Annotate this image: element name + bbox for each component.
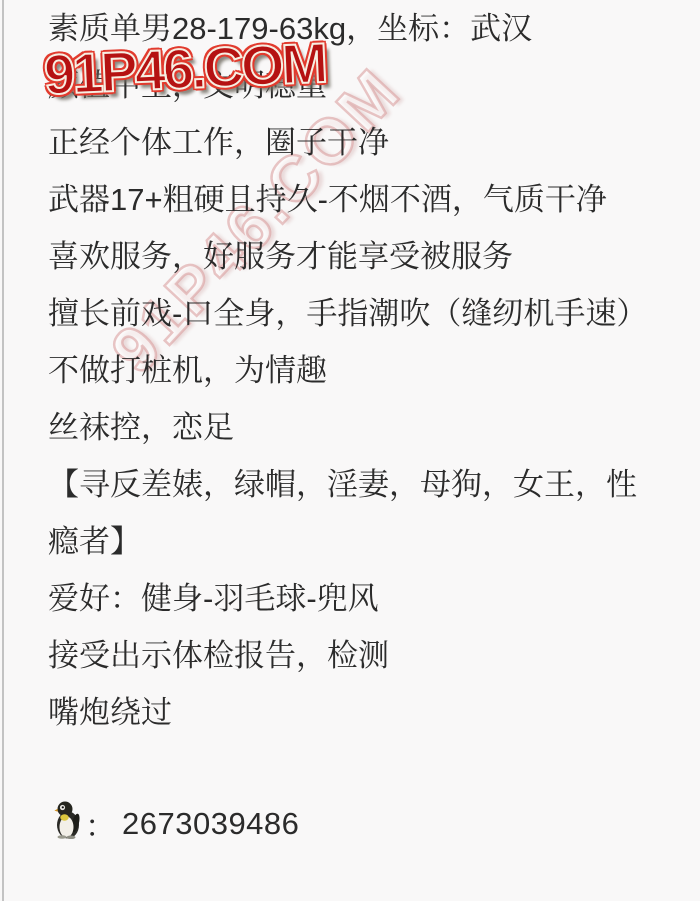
profile-text-block: 素质单男28-179-63kg，坐标：武汉 颜值中上，文明稳重 正经个体工作，圈… <box>0 0 700 852</box>
profile-line: 正经个体工作，圈子干净 <box>48 114 645 171</box>
profile-line: 武器17+粗硬且持久-不烟不酒，气质干净 <box>48 171 645 228</box>
profile-line: 嘴炮绕过 <box>48 684 645 741</box>
profile-line: 丝袜控，恋足 <box>48 399 645 456</box>
contact-number: 2673039486 <box>122 806 299 842</box>
profile-line: 擅长前戏-口全身，手指潮吹（缝纫机手速） <box>48 285 645 342</box>
profile-line: 爱好：健身-羽毛球-兜风 <box>48 570 645 627</box>
profile-line: 不做打桩机，为情趣 <box>48 342 645 399</box>
contact-separator: ： <box>85 801 116 846</box>
profile-line: 接受出示体检报告，检测 <box>48 627 645 684</box>
left-border-line <box>2 0 4 901</box>
post-screenshot-root: 91P46.COM 素质单男28-179-63kg，坐标：武汉 颜值中上，文明稳… <box>0 0 700 901</box>
qq-penguin-icon <box>54 801 81 847</box>
contact-row: ： 2673039486 <box>48 795 645 852</box>
profile-line: 喜欢服务，好服务才能享受被服务 <box>48 228 645 285</box>
site-watermark: 91P46.COM <box>43 30 327 107</box>
profile-line: 【寻反差婊，绿帽，淫妻，母狗，女王，性瘾者】 <box>48 456 645 570</box>
